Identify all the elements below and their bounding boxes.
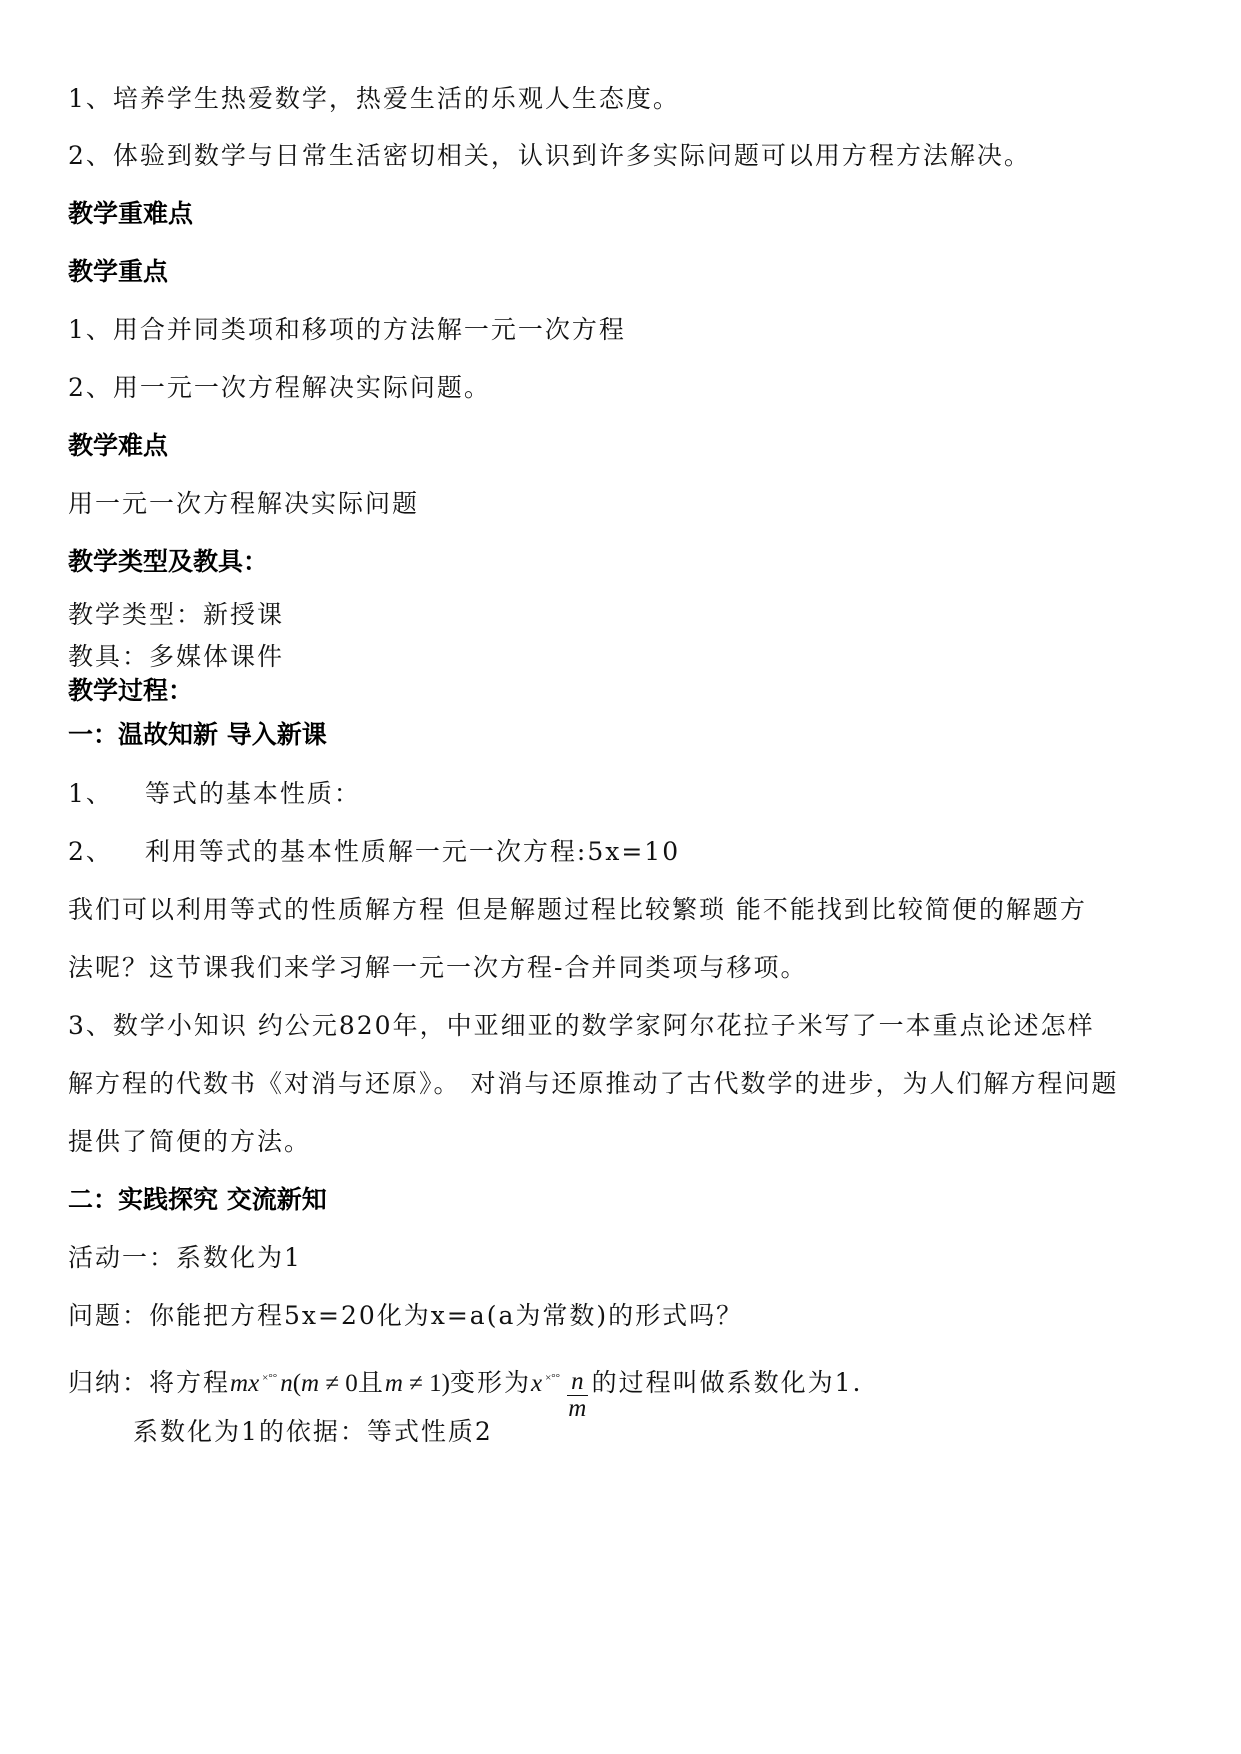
- condition-m-2: m: [385, 1370, 403, 1397]
- goal-item-1: 1、培养学生热爱数学，热爱生活的乐观人生态度。: [68, 84, 680, 114]
- broken-equals-glyph-2: ×°°: [545, 1372, 560, 1384]
- review-item-2-text: 利用等式的基本性质解一元一次方程:5x=10: [145, 837, 680, 866]
- review-item-2: 2、利用等式的基本性质解一元一次方程:5x=10: [68, 837, 680, 867]
- heading-type-and-tools: 教学类型及教具：: [68, 547, 268, 577]
- review-item-1-number: 1、: [68, 779, 113, 808]
- math-formula: mx×°°n(m ≠ 0: [230, 1370, 358, 1397]
- condition-open: (: [293, 1370, 301, 1397]
- key-point-2: 2、用一元一次方程解决实际问题。: [68, 373, 491, 403]
- paragraph-2-line-2: 解方程的代数书《对消与还原》。 对消与还原推动了古代数学的进步，为人们解方程问题: [68, 1069, 1118, 1099]
- lesson-type: 教学类型：新授课: [68, 600, 284, 630]
- condition-neq-0: ≠ 0: [319, 1370, 358, 1397]
- summary-prefix: 归纳：将方程: [68, 1368, 230, 1397]
- activity-1-title: 活动一：系数化为1: [68, 1243, 302, 1273]
- paragraph-1-line-2: 法呢？这节课我们来学习解一元一次方程-合并同类项与移项。: [68, 953, 807, 983]
- review-item-2-number: 2、: [68, 837, 113, 866]
- review-item-1: 1、等式的基本性质：: [68, 779, 361, 809]
- summary-formula-line: 归纳：将方程mx×°°n(m ≠ 0且m ≠ 1)变形为x×°°nm的过程叫做系…: [68, 1359, 862, 1412]
- lesson-tools: 教具：多媒体课件: [68, 642, 284, 672]
- heading-section-2: 二：实践探究 交流新知: [68, 1185, 327, 1215]
- math-condition-2: m ≠ 1): [385, 1370, 450, 1397]
- paragraph-2-line-3: 提供了简便的方法。: [68, 1127, 311, 1157]
- formula-rhs: n: [280, 1370, 293, 1397]
- heading-key-points: 教学重点: [68, 257, 168, 287]
- math-result: x×°°nm: [531, 1370, 592, 1397]
- heading-teaching-process: 教学过程：: [68, 676, 193, 706]
- condition-and: 且: [358, 1368, 385, 1397]
- formula-lhs: mx: [230, 1370, 259, 1397]
- condition-m-1: m: [301, 1370, 319, 1397]
- heading-section-1: 一：温故知新 导入新课: [68, 720, 327, 750]
- condition-neq-1: ≠ 1): [403, 1370, 450, 1397]
- paragraph-1-line-1: 我们可以利用等式的性质解方程 但是解题过程比较繁琐 能不能找到比较简便的解题方: [68, 895, 1087, 925]
- paragraph-2-line-1: 3、数学小知识 约公元820年，中亚细亚的数学家阿尔花拉子米写了一本重点论述怎样: [68, 1011, 1095, 1041]
- fraction-numerator: n: [567, 1369, 588, 1396]
- heading-key-and-difficult-points: 教学重难点: [68, 199, 193, 229]
- broken-equals-glyph: ×°°: [262, 1372, 277, 1384]
- goal-item-2: 2、体验到数学与日常生活密切相关，认识到许多实际问题可以用方程方法解决。: [68, 141, 1031, 171]
- fraction-n-over-m: nm: [567, 1369, 588, 1422]
- summary-suffix: 的过程叫做系数化为1.: [592, 1368, 863, 1397]
- key-point-1: 1、用合并同类项和移项的方法解一元一次方程: [68, 315, 626, 345]
- heading-difficult-points: 教学难点: [68, 431, 168, 461]
- fraction-denominator: m: [567, 1396, 588, 1422]
- difficult-point-1: 用一元一次方程解决实际问题: [68, 489, 419, 519]
- result-x: x: [531, 1370, 542, 1397]
- review-item-1-text: 等式的基本性质：: [145, 779, 361, 808]
- coefficient-basis: 系数化为1的依据：等式性质2: [133, 1417, 493, 1447]
- summary-mid: 变形为: [450, 1368, 531, 1397]
- question-text: 问题：你能把方程5x=20化为x=a(a为常数)的形式吗？: [68, 1301, 743, 1331]
